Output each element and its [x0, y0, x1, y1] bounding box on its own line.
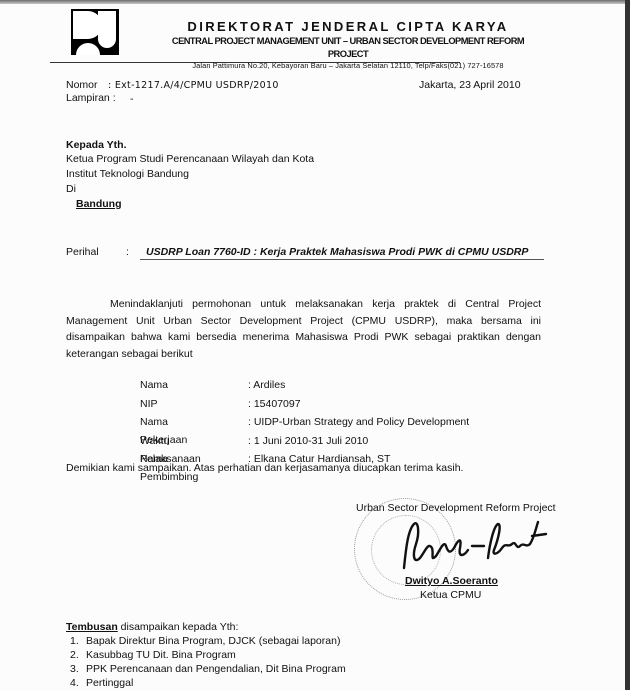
- recipient-line: Di: [66, 183, 76, 196]
- copies-heading-rest: disampaikan kepada Yth:: [118, 621, 239, 633]
- lampiran-label: Lampiran :: [66, 92, 116, 105]
- viewer-scrollbar[interactable]: [625, 0, 630, 690]
- copies-item-number: 4.: [70, 676, 79, 690]
- copies-item-number: 1.: [70, 634, 79, 648]
- letterhead-subtitle: CENTRAL PROJECT MANAGEMENT UNIT – URBAN …: [154, 35, 542, 61]
- recipient-salutation: Kepada Yth.: [66, 139, 127, 152]
- place-date: Jakarta, 23 April 2010: [419, 79, 521, 92]
- copies-heading-label: Tembusan: [66, 621, 118, 633]
- copies-item-text: PPK Perencanaan dan Pengendalian, Dit Bi…: [86, 663, 346, 675]
- subject-underline: [140, 259, 544, 260]
- recipient-city: Bandung: [76, 198, 122, 211]
- signature-block: Urban Sector Development Reform Project …: [350, 498, 560, 608]
- detail-value: : 1 Juni 2010-31 Juli 2010: [248, 432, 368, 450]
- detail-label: Nama: [140, 376, 168, 394]
- body-paragraph-text: Menindaklanjuti permohonan untuk melaksa…: [66, 298, 541, 360]
- copies-heading: Tembusan disampaikan kepada Yth:: [66, 620, 346, 634]
- copies-item-text: Kasubbag TU Dit. Bina Program: [86, 649, 236, 661]
- closing-sentence: Demikian kami sampaikan. Atas perhatian …: [66, 462, 463, 475]
- detail-value: : 15407097: [248, 395, 301, 413]
- lampiran-value: -: [130, 93, 134, 106]
- copies-item-text: Pertinggal: [86, 677, 133, 689]
- letter-page: DIREKTORAT JENDERAL CIPTA KARYA CENTRAL …: [0, 0, 625, 690]
- subject-colon: :: [126, 246, 129, 259]
- handwritten-signature-icon: [400, 518, 550, 580]
- nomor-value: : Ext-1217.A/4/CPMU USDRP/2010: [108, 79, 279, 92]
- copies-item: 4.Pertinggal: [66, 676, 346, 690]
- letterhead: DIREKTORAT JENDERAL CIPTA KARYA CENTRAL …: [148, 19, 548, 71]
- copies-item: 1.Bapak Direktur Bina Program, DJCK (seb…: [66, 634, 346, 648]
- copies-item-number: 2.: [70, 648, 79, 662]
- detail-label: NIP: [140, 395, 158, 413]
- letterhead-divider: [50, 62, 460, 63]
- nomor-label: Nomor: [66, 79, 98, 92]
- subject-label: Perihal: [66, 246, 99, 259]
- signatory-name: Dwityo A.Soeranto: [405, 575, 498, 587]
- copies-item: 2.Kasubbag TU Dit. Bina Program: [66, 648, 346, 662]
- letterhead-title: DIREKTORAT JENDERAL CIPTA KARYA: [148, 19, 548, 35]
- copies-item-number: 3.: [70, 662, 79, 676]
- detail-value: : Ardiles: [248, 376, 285, 394]
- signatory-position: Ketua CPMU: [420, 589, 481, 601]
- recipient-line: Ketua Program Studi Perencanaan Wilayah …: [66, 153, 314, 166]
- copies-item: 3.PPK Perencanaan dan Pengendalian, Dit …: [66, 662, 346, 676]
- pu-logo-icon: [71, 9, 119, 55]
- copies-item-text: Bapak Direktur Bina Program, DJCK (sebag…: [86, 635, 340, 647]
- body-paragraph: Menindaklanjuti permohonan untuk melaksa…: [66, 296, 541, 362]
- recipient-line: Institut Teknologi Bandung: [66, 168, 189, 181]
- subject-value: USDRP Loan 7760-ID : Kerja Praktek Mahas…: [146, 246, 528, 259]
- copies-section: Tembusan disampaikan kepada Yth: 1.Bapak…: [66, 620, 346, 690]
- signature-organization: Urban Sector Development Reform Project: [356, 502, 556, 514]
- detail-value: : UIDP-Urban Strategy and Policy Develop…: [248, 413, 469, 431]
- copies-list: 1.Bapak Direktur Bina Program, DJCK (seb…: [66, 634, 346, 690]
